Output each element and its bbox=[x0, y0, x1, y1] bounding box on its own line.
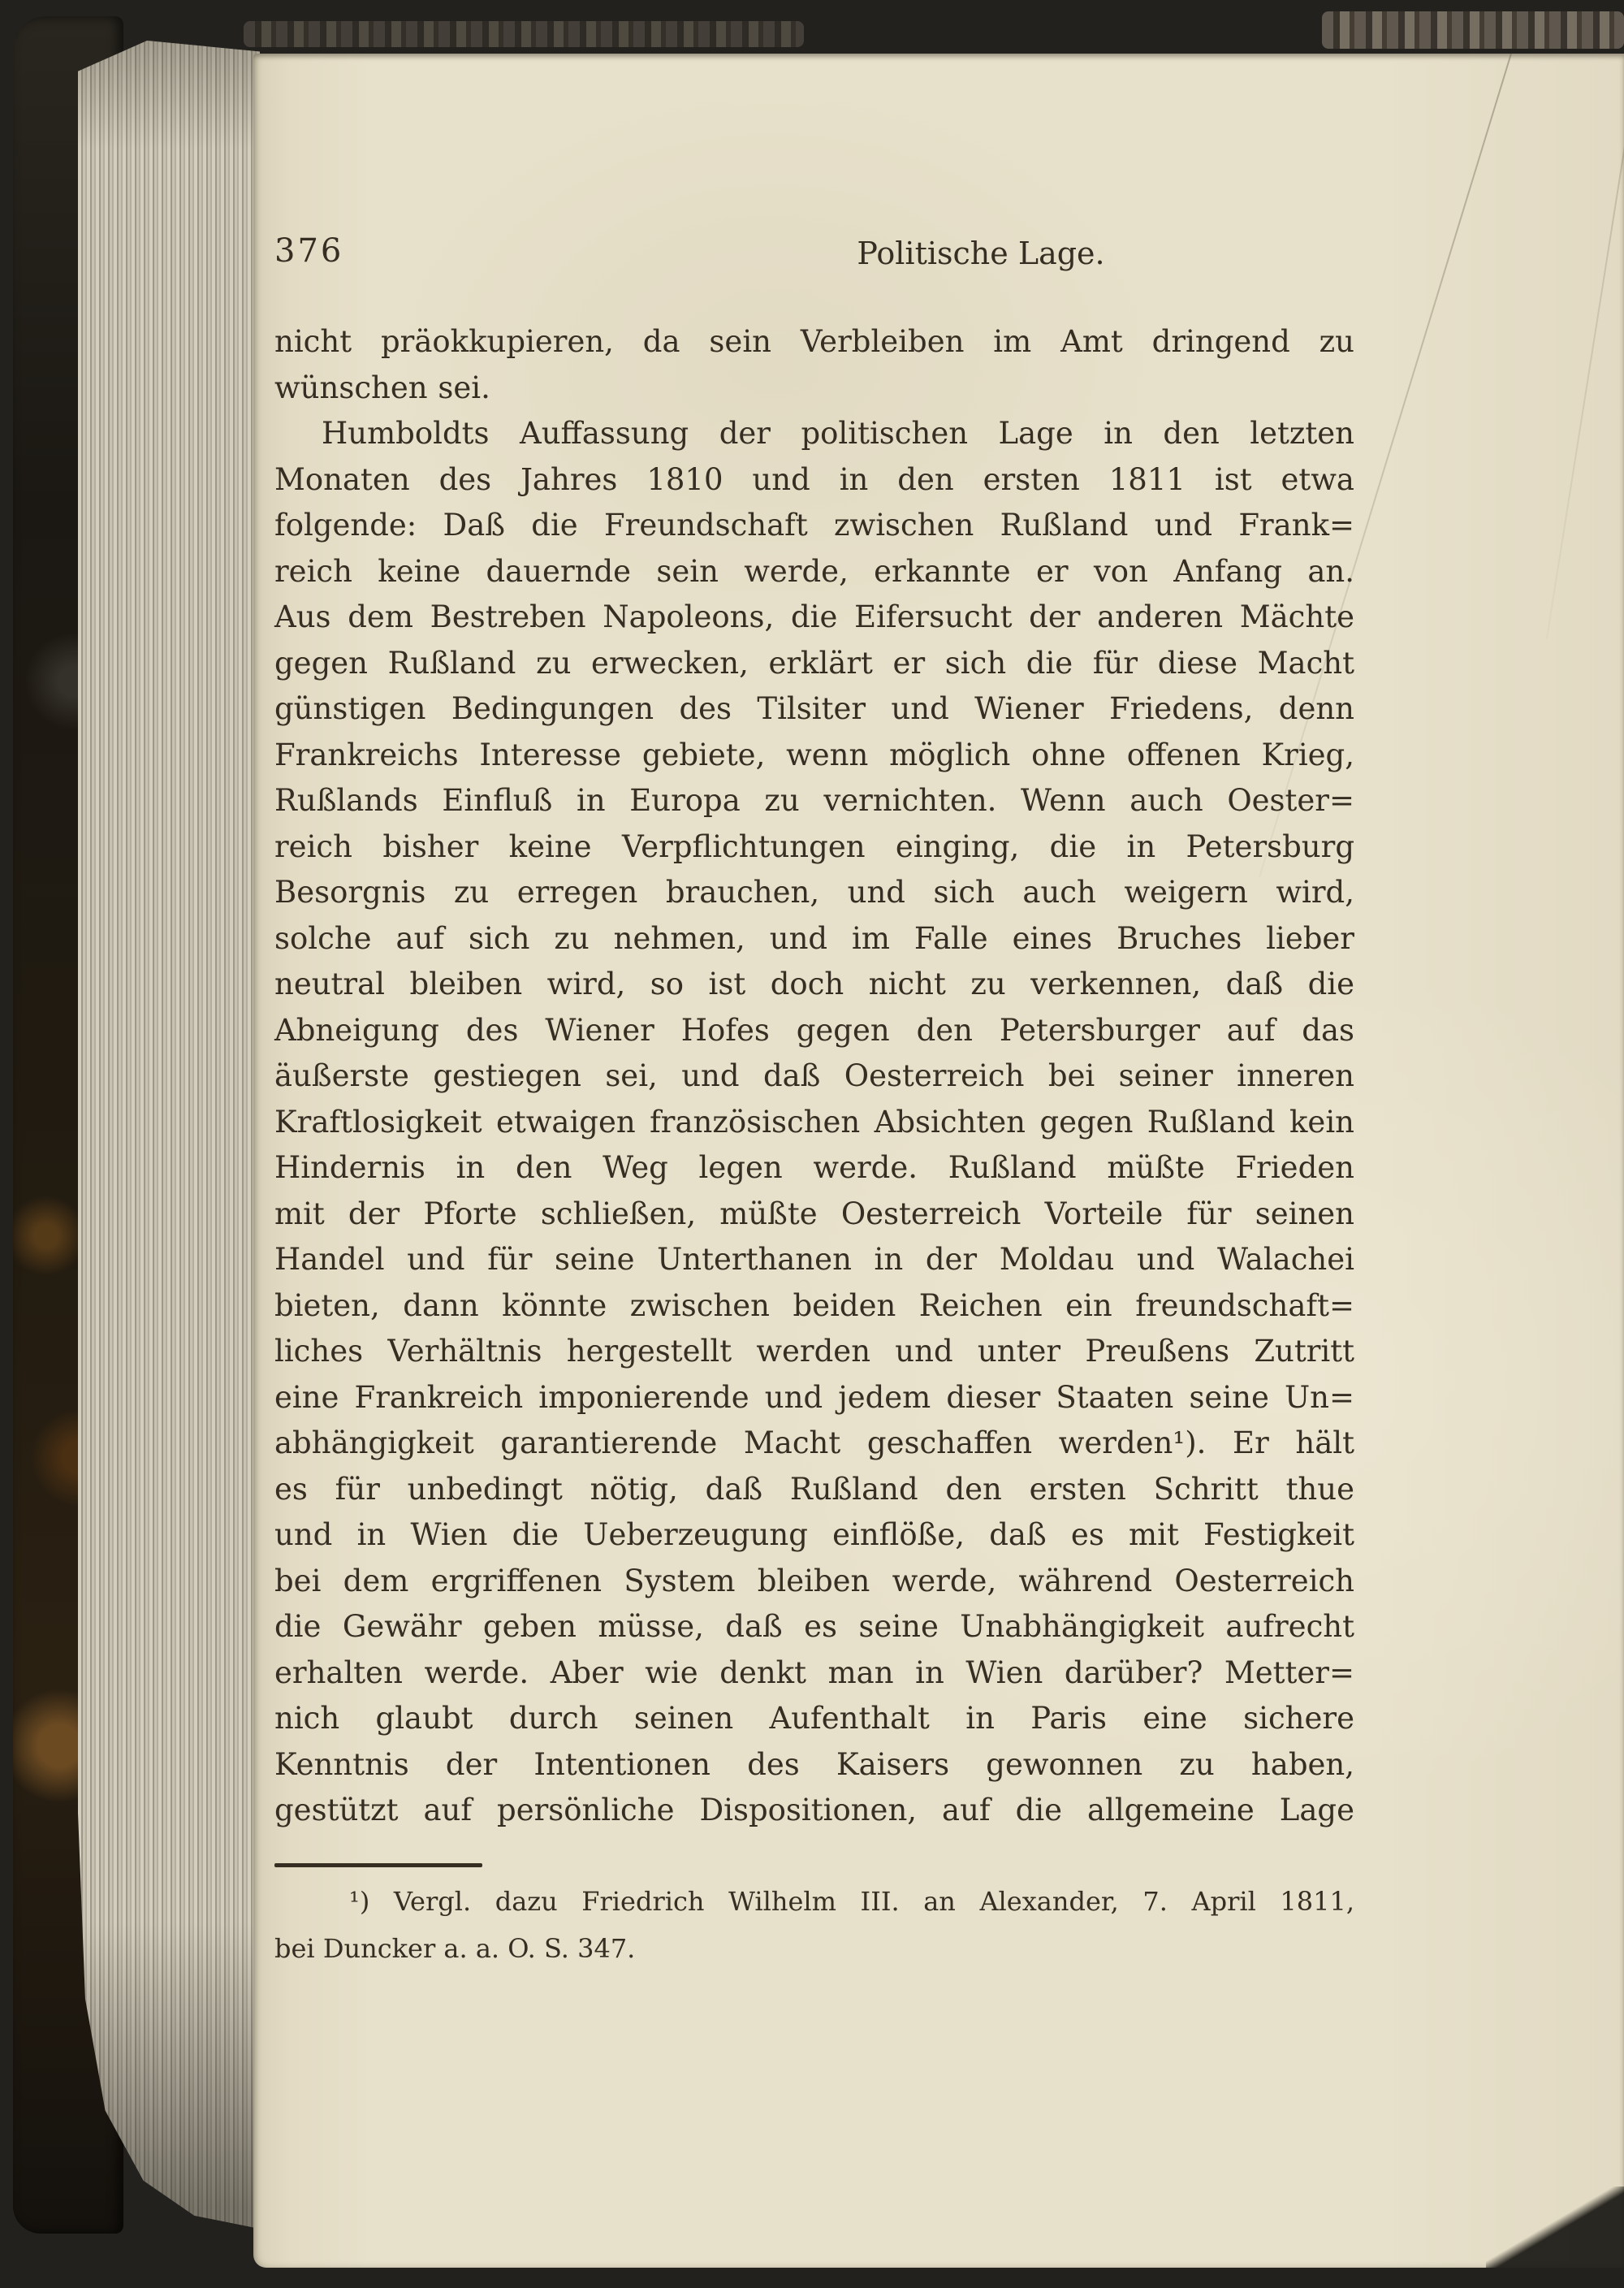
text-line: Humboldts Auffassung der politischen Lag… bbox=[274, 411, 1354, 457]
text-line: günstigen Bedingungen des Tilsiter und W… bbox=[274, 686, 1354, 733]
text-line: folgende: Daß die Freundschaft zwischen … bbox=[274, 503, 1354, 549]
text-line: die Gewähr geben müsse, daß es seine Una… bbox=[274, 1604, 1354, 1650]
page-number: 376 bbox=[274, 232, 343, 270]
text-line: bei dem ergriffenen System bleiben werde… bbox=[274, 1559, 1354, 1605]
headband-texture bbox=[244, 21, 804, 47]
text-line: äußerste gestiegen sei, und daß Oesterre… bbox=[274, 1053, 1354, 1100]
body-text: nicht präokkupieren, da sein Verbleiben … bbox=[274, 319, 1354, 1834]
text-line: gestützt auf persönliche Dispositionen, … bbox=[274, 1788, 1354, 1834]
text-line: nicht präokkupieren, da sein Verbleiben … bbox=[274, 319, 1354, 365]
text-line: Kraftlosigkeit etwaigen französischen Ab… bbox=[274, 1100, 1354, 1146]
book-photo: 376 Politische Lage. nicht präokkupieren… bbox=[0, 0, 1624, 2288]
page-edge-stack bbox=[78, 41, 260, 2229]
text-line: Aus dem Bestreben Napoleons, die Eifersu… bbox=[274, 595, 1354, 641]
footnote: ¹) Vergl. dazu Friedrich Wilhelm III. an… bbox=[274, 1878, 1354, 1972]
text-line: Besorgnis zu erregen brauchen, und sich … bbox=[274, 870, 1354, 916]
text-line: Hindernis in den Weg legen werde. Rußlan… bbox=[274, 1145, 1354, 1192]
headband-texture bbox=[1322, 11, 1624, 49]
text-line: reich bisher keine Verpflichtungen eingi… bbox=[274, 824, 1354, 871]
text-line: nich glaubt durch seinen Aufenthalt in P… bbox=[274, 1696, 1354, 1742]
text-line: reich keine dauernde sein werde, erkannt… bbox=[274, 549, 1354, 595]
text-line: Kenntnis der Intentionen des Kaisers gew… bbox=[274, 1742, 1354, 1788]
text-line: wünschen sei. bbox=[274, 365, 1354, 412]
text-line: abhängigkeit garantierende Macht geschaf… bbox=[274, 1421, 1354, 1467]
text-line: ¹) Vergl. dazu Friedrich Wilhelm III. an… bbox=[274, 1878, 1354, 1925]
text-line: eine Frankreich imponierende und jedem d… bbox=[274, 1375, 1354, 1421]
text-line: Handel und für seine Unterthanen in der … bbox=[274, 1237, 1354, 1283]
text-line: Abneigung des Wiener Hofes gegen den Pet… bbox=[274, 1008, 1354, 1054]
paper-crease bbox=[1546, 54, 1624, 639]
running-header: Politische Lage. bbox=[778, 236, 1184, 271]
text-line: und in Wien die Ueberzeugung einflöße, d… bbox=[274, 1512, 1354, 1559]
text-line: liches Verhältnis hergestellt werden und… bbox=[274, 1329, 1354, 1375]
page-corner-shadow bbox=[1486, 2186, 1624, 2268]
text-line: mit der Pforte schließen, müßte Oesterre… bbox=[274, 1192, 1354, 1238]
book-page: 376 Politische Lage. nicht präokkupieren… bbox=[253, 54, 1624, 2268]
text-line: solche auf sich zu nehmen, und im Falle … bbox=[274, 916, 1354, 962]
text-line: bei Duncker a. a. O. S. 347. bbox=[274, 1925, 1354, 1972]
text-line: Rußlands Einfluß in Europa zu vernichten… bbox=[274, 778, 1354, 824]
text-line: bieten, dann könnte zwischen beiden Reic… bbox=[274, 1283, 1354, 1330]
text-line: gegen Rußland zu erwecken, erklärt er si… bbox=[274, 641, 1354, 687]
text-line: neutral bleiben wird, so ist doch nicht … bbox=[274, 962, 1354, 1008]
text-line: Monaten des Jahres 1810 und in den erste… bbox=[274, 457, 1354, 504]
text-line: Frankreichs Interesse gebiete, wenn mögl… bbox=[274, 733, 1354, 779]
text-line: erhalten werde. Aber wie denkt man in Wi… bbox=[274, 1650, 1354, 1697]
text-line: es für unbedingt nötig, daß Rußland den … bbox=[274, 1467, 1354, 1513]
footnote-rule bbox=[274, 1863, 482, 1867]
